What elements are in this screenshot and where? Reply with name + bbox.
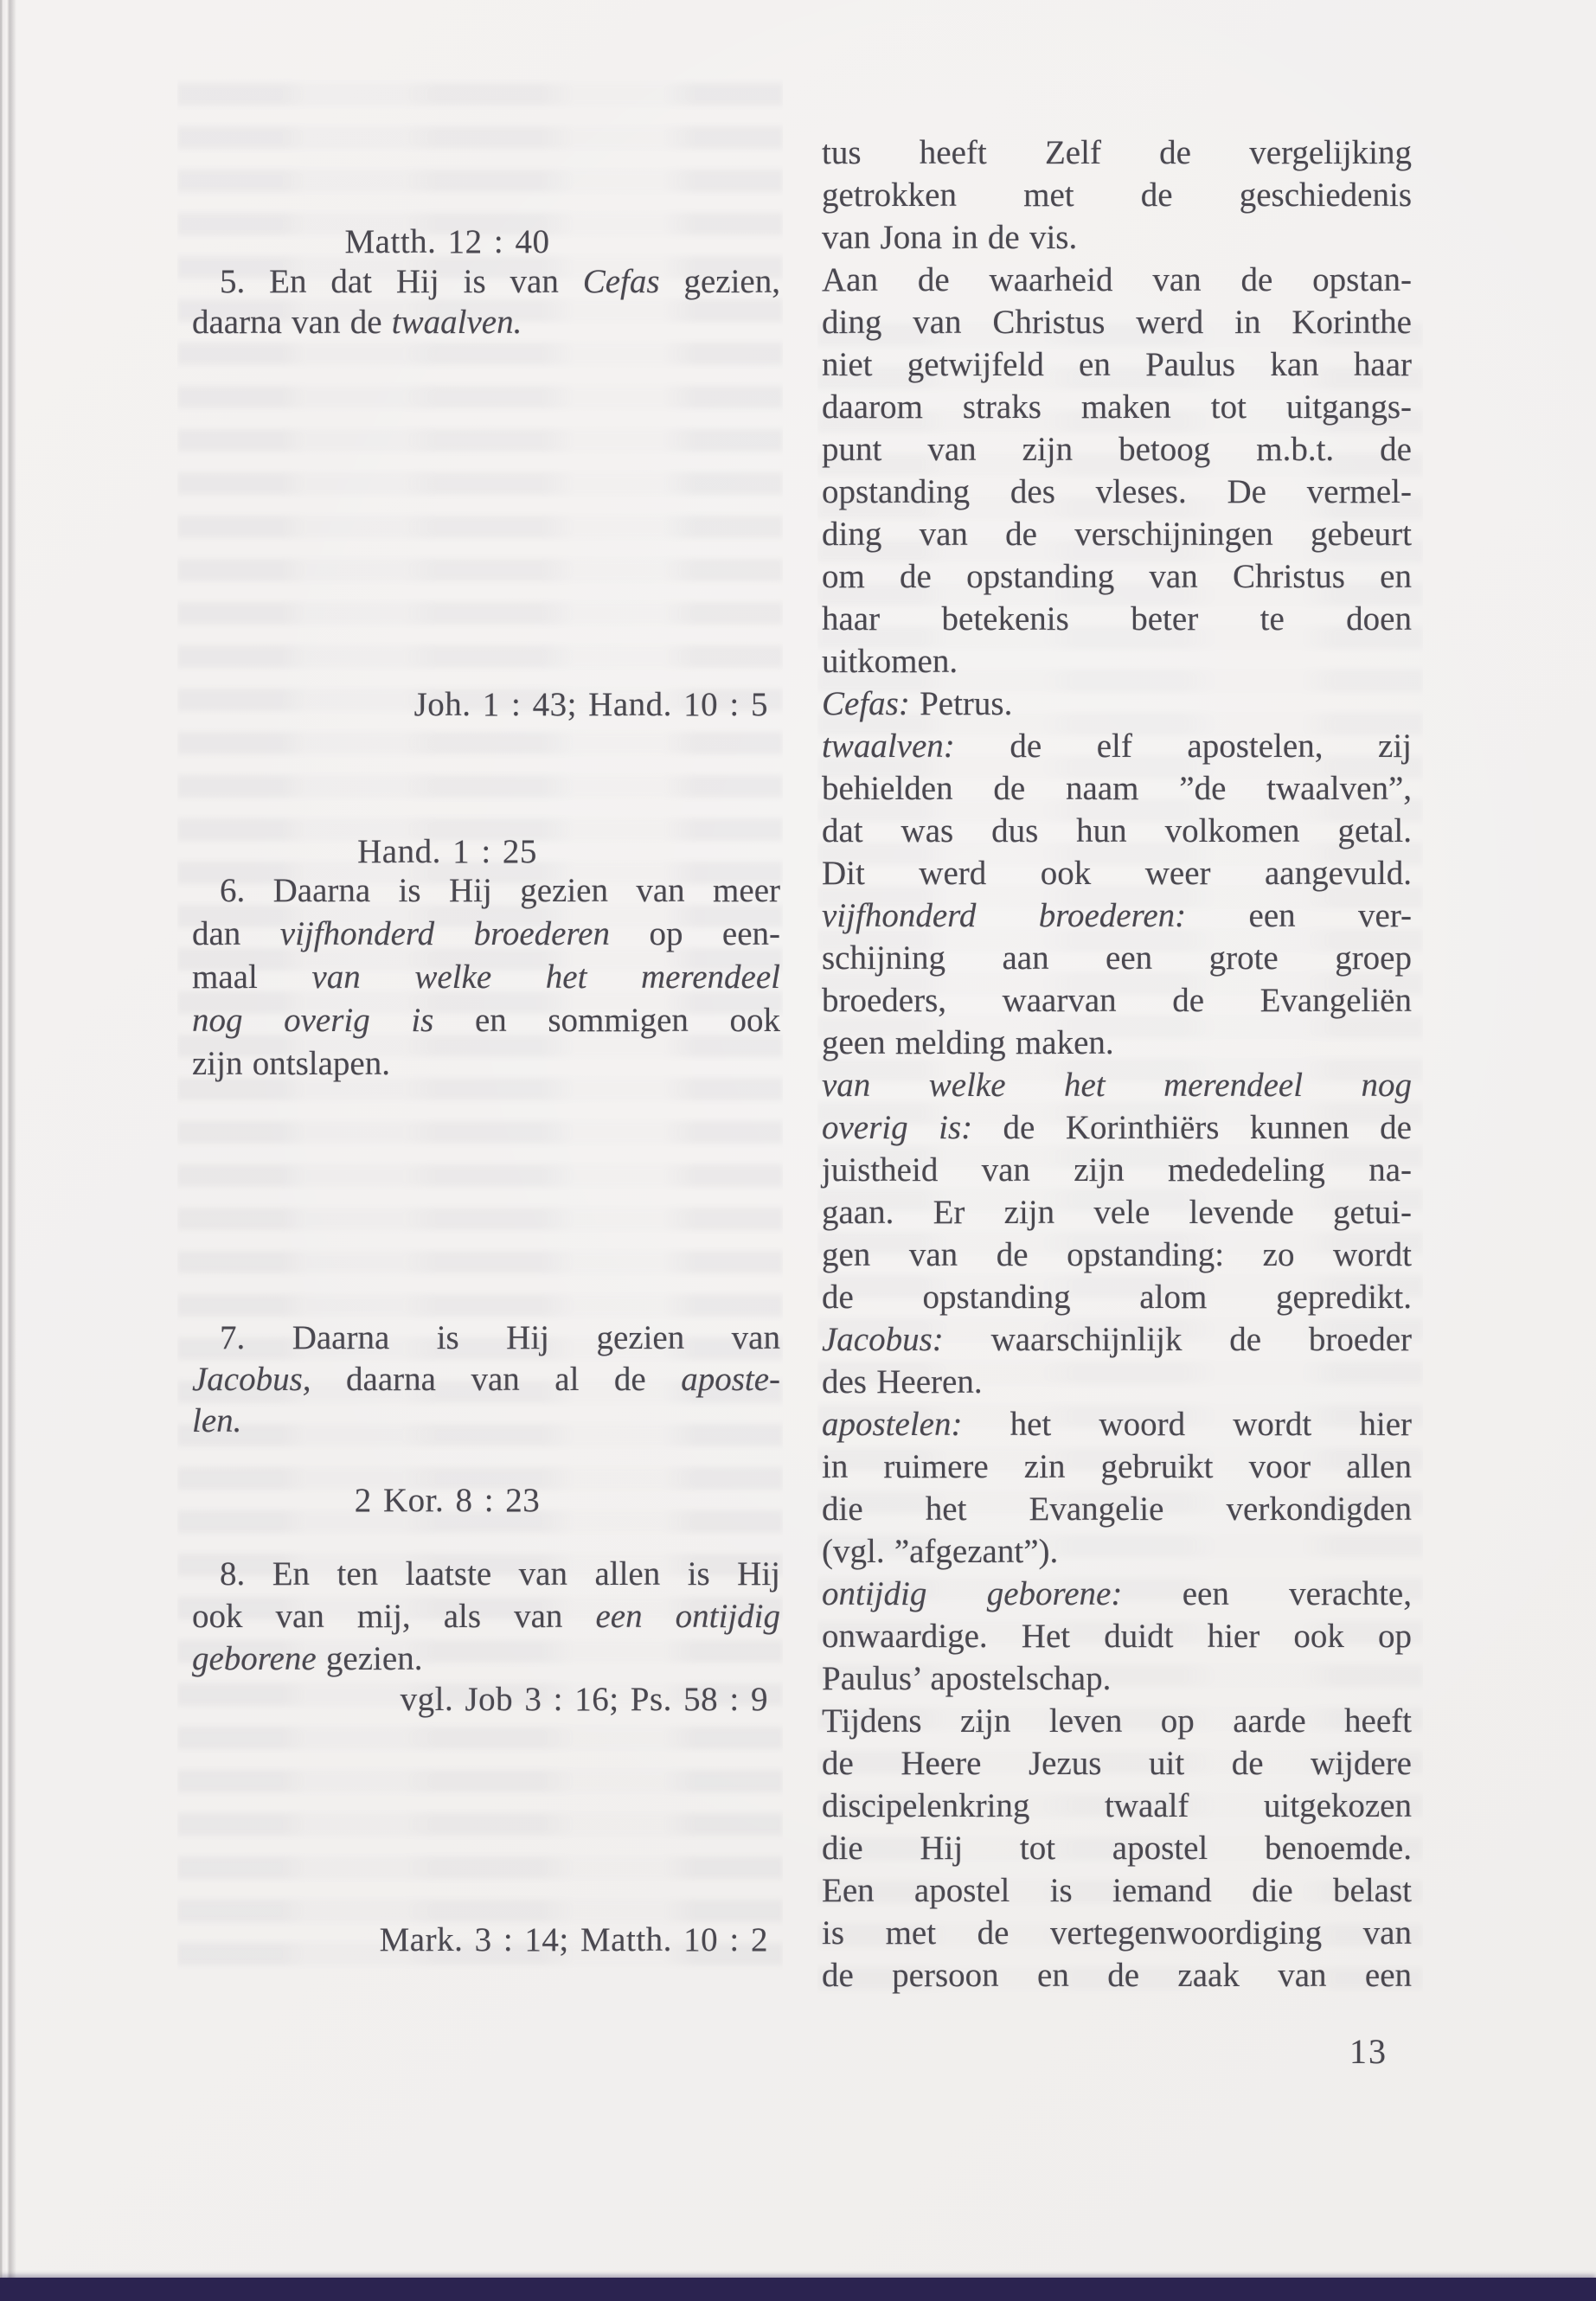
text-segment: een ver-	[1186, 897, 1412, 934]
text-segment: 7. Daarna is Hij gezien van	[220, 1319, 780, 1356]
text-segment: de Heere Jezus uit de wijdere	[822, 1745, 1412, 1782]
text-segment: de opstanding alom gepredikt.	[822, 1279, 1412, 1316]
book-page: Matth. 12 : 405. En dat Hij is van Cefas…	[0, 0, 1596, 2301]
verse-paragraph: 5. En dat Hij is van Cefas gezien,daarna…	[192, 261, 780, 343]
left-column: Matth. 12 : 405. En dat Hij is van Cefas…	[192, 0, 780, 2076]
text-segment: van Jona in de vis.	[822, 219, 1077, 256]
text-segment: daarna van al de	[311, 1361, 682, 1398]
text-line: die het Evangelie verkondigden	[822, 1488, 1412, 1530]
emphasized-text: apostelen:	[822, 1406, 962, 1443]
text-line: 6. Daarna is Hij gezien van meer	[192, 869, 780, 913]
scan-edge-left	[0, 0, 17, 2301]
text-segment: 8. En ten laatste van allen is Hij	[220, 1555, 780, 1593]
text-segment: ding van de verschijningen gebeurt	[822, 516, 1412, 553]
text-line: ontijdig geborene: een verachte,	[822, 1573, 1412, 1615]
text-segment: die het Evangelie verkondigden	[822, 1490, 1412, 1528]
text-segment: niet getwijfeld en Paulus kan haar	[822, 346, 1412, 383]
text-segment: een verachte,	[1122, 1575, 1412, 1612]
text-line: opstanding des vleses. De vermel-	[822, 471, 1412, 513]
text-line: haar betekenis beter te doen	[822, 598, 1412, 640]
text-line: dat was dus hun volkomen getal.	[822, 810, 1412, 852]
text-segment: behielden de naam ”de twaalven”,	[822, 770, 1412, 807]
emphasized-text: een ontijdig	[595, 1598, 780, 1635]
text-line: Dit werd ook weer aangevuld.	[822, 852, 1412, 894]
text-segment: op een-	[610, 915, 780, 952]
text-line: 7. Daarna is Hij gezien van	[192, 1317, 780, 1359]
emphasized-text: aposte-	[681, 1361, 780, 1398]
text-line: daarom straks maken tot uitgangs-	[822, 386, 1412, 428]
text-segment: geen melding maken.	[822, 1024, 1114, 1061]
text-line: maal van welke het merendeel	[192, 956, 780, 999]
text-segment: opstanding des vleses. De vermel-	[822, 473, 1412, 510]
text-line: schijning aan een grote groep	[822, 937, 1412, 979]
emphasized-text: Cefas:	[822, 685, 910, 722]
scripture-reference: Matth. 12 : 40	[192, 221, 780, 264]
text-line: zijn ontslapen.	[192, 1042, 780, 1086]
text-line: nog overig is en sommigen ook	[192, 999, 780, 1042]
text-line: Jacobus: waarschijnlijk de broeder	[822, 1318, 1412, 1361]
text-segment: waarschijnlijk de broeder	[944, 1321, 1412, 1358]
text-segment: daarom straks maken tot uitgangs-	[822, 388, 1412, 426]
text-line: Tijdens zijn leven op aarde heeft	[822, 1700, 1412, 1742]
text-segment: gaan. Er zijn vele levende getui-	[822, 1194, 1412, 1231]
emphasized-text: geborene	[192, 1640, 317, 1677]
text-line: de Heere Jezus uit de wijdere	[822, 1742, 1412, 1785]
text-line: geen melding maken.	[822, 1022, 1412, 1064]
emphasized-text: Jacobus:	[822, 1321, 944, 1358]
page-number: 13	[1349, 2033, 1427, 2071]
text-line: broeders, waarvan de Evangeliën	[822, 979, 1412, 1022]
text-segment: maal	[192, 958, 311, 996]
text-line: in ruimere zin gebruikt voor allen	[822, 1445, 1412, 1488]
scripture-reference: vgl. Job 3 : 16; Ps. 58 : 9	[192, 1678, 780, 1721]
text-segment: tus heeft Zelf de vergelijking	[822, 134, 1412, 171]
text-line: onwaardige. Het duidt hier ook op	[822, 1615, 1412, 1657]
text-line: behielden de naam ”de twaalven”,	[822, 767, 1412, 810]
text-line: daarna van de twaalven.	[192, 302, 780, 343]
text-segment: gen van de opstanding: zo wordt	[822, 1236, 1412, 1273]
text-line: de persoon en de zaak van een	[822, 1954, 1412, 1997]
text-segment: om de opstanding van Christus en	[822, 558, 1412, 595]
verse-paragraph: 6. Daarna is Hij gezien van meerdan vijf…	[192, 869, 780, 1086]
text-segment: het woord wordt hier	[962, 1406, 1412, 1443]
text-segment: Dit werd ook weer aangevuld.	[822, 855, 1412, 892]
verse-paragraph: 8. En ten laatste van allen is Hijook va…	[192, 1553, 780, 1680]
emphasized-text: len.	[192, 1402, 241, 1439]
text-segment: Tijdens zijn leven op aarde heeft	[822, 1702, 1412, 1740]
text-segment: Petrus.	[910, 685, 1013, 722]
text-line: Jacobus, daarna van al de aposte-	[192, 1359, 780, 1400]
text-segment: Aan de waarheid van de opstan-	[822, 261, 1412, 298]
scripture-reference: Hand. 1 : 25	[192, 830, 780, 874]
text-line: van welke het merendeel nog	[822, 1064, 1412, 1106]
emphasized-text: twaalven.	[392, 304, 522, 341]
verse-paragraph: 7. Daarna is Hij gezien vanJacobus, daar…	[192, 1317, 780, 1442]
text-line: Paulus’ apostelschap.	[822, 1657, 1412, 1700]
emphasized-text: vijfhonderd broederen:	[822, 897, 1186, 934]
text-line: getrokken met de geschiedenis	[822, 174, 1412, 216]
text-segment: gezien.	[317, 1640, 423, 1677]
text-segment: is met de vertegenwoordiging van	[822, 1914, 1412, 1952]
text-segment: des Heeren.	[822, 1363, 983, 1400]
emphasized-text: overig is:	[822, 1109, 972, 1146]
text-segment: de Korinthiërs kunnen de	[972, 1109, 1412, 1146]
emphasized-text: nog overig is	[192, 1002, 433, 1039]
text-line: 8. En ten laatste van allen is Hij	[192, 1553, 780, 1595]
text-line: van Jona in de vis.	[822, 216, 1412, 259]
text-segment: zijn ontslapen.	[192, 1045, 390, 1082]
text-line: twaalven: de elf apostelen, zij	[822, 725, 1412, 767]
text-line: Aan de waarheid van de opstan-	[822, 259, 1412, 301]
emphasized-text: van welke het merendeel nog	[822, 1067, 1412, 1104]
text-segment: in ruimere zin gebruikt voor allen	[822, 1448, 1412, 1485]
text-line: ding van de verschijningen gebeurt	[822, 513, 1412, 555]
emphasized-text: vijfhonderd broederen	[280, 915, 610, 952]
text-line: vijfhonderd broederen: een ver-	[822, 894, 1412, 937]
text-segment: (vgl. ”afgezant”).	[822, 1533, 1058, 1570]
scripture-reference: Mark. 3 : 14; Matth. 10 : 2	[192, 1919, 780, 1962]
emphasized-text: ontijdig geborene:	[822, 1575, 1122, 1612]
text-segment: onwaardige. Het duidt hier ook op	[822, 1618, 1412, 1655]
scan-bottom-bar	[0, 2278, 1596, 2301]
text-segment: dan	[192, 915, 280, 952]
text-segment: de elf apostelen, zij	[955, 727, 1412, 765]
text-line: Cefas: Petrus.	[822, 683, 1412, 725]
emphasized-text: van welke het merendeel	[311, 958, 780, 996]
text-line: geborene gezien.	[192, 1638, 780, 1680]
text-line: apostelen: het woord wordt hier	[822, 1403, 1412, 1445]
text-segment: ook van mij, als van	[192, 1598, 595, 1635]
text-line: die Hij tot apostel benoemde.	[822, 1827, 1412, 1869]
text-line: (vgl. ”afgezant”).	[822, 1530, 1412, 1573]
text-line: punt van zijn betoog m.b.t. de	[822, 428, 1412, 471]
text-line: len.	[192, 1400, 780, 1442]
text-segment: juistheid van zijn mededeling na-	[822, 1151, 1412, 1189]
text-line: ding van Christus werd in Korinthe	[822, 301, 1412, 343]
text-segment: Paulus’ apostelschap.	[822, 1660, 1111, 1697]
text-line: dan vijfhonderd broederen op een-	[192, 913, 780, 956]
text-segment: de persoon en de zaak van een	[822, 1957, 1412, 1994]
text-segment: gezien,	[660, 263, 780, 300]
text-segment: uitkomen.	[822, 643, 958, 680]
text-segment: daarna van de	[192, 304, 392, 341]
text-line: Een apostel is iemand die belast	[822, 1869, 1412, 1912]
text-segment: schijning aan een grote groep	[822, 939, 1412, 977]
emphasized-text: Jacobus,	[192, 1361, 311, 1398]
text-segment: discipelenkring twaalf uitgekozen	[822, 1787, 1412, 1824]
text-segment: dat was dus hun volkomen getal.	[822, 812, 1412, 849]
text-line: overig is: de Korinthiërs kunnen de	[822, 1106, 1412, 1149]
text-segment: 5. En dat Hij is van	[220, 263, 583, 300]
text-line: discipelenkring twaalf uitgekozen	[822, 1785, 1412, 1827]
scripture-reference: 2 Kor. 8 : 23	[192, 1479, 780, 1522]
text-line: juistheid van zijn mededeling na-	[822, 1149, 1412, 1191]
text-segment: Een apostel is iemand die belast	[822, 1872, 1412, 1909]
text-segment: ding van Christus werd in Korinthe	[822, 304, 1412, 341]
text-segment: die Hij tot apostel benoemde.	[822, 1830, 1412, 1867]
right-column: tus heeft Zelf de vergelijkinggetrokken …	[822, 131, 1412, 1997]
text-line: tus heeft Zelf de vergelijking	[822, 131, 1412, 174]
text-line: uitkomen.	[822, 640, 1412, 683]
text-segment: haar betekenis beter te doen	[822, 600, 1412, 638]
text-line: ook van mij, als van een ontijdig	[192, 1595, 780, 1638]
text-line: om de opstanding van Christus en	[822, 555, 1412, 598]
text-segment: broeders, waarvan de Evangeliën	[822, 982, 1412, 1019]
text-line: des Heeren.	[822, 1361, 1412, 1403]
text-line: 5. En dat Hij is van Cefas gezien,	[192, 261, 780, 302]
text-segment: getrokken met de geschiedenis	[822, 176, 1412, 214]
emphasized-text: Cefas	[583, 263, 660, 300]
text-line: is met de vertegenwoordiging van	[822, 1912, 1412, 1954]
text-segment: 6. Daarna is Hij gezien van meer	[220, 872, 780, 909]
emphasized-text: twaalven:	[822, 727, 955, 765]
text-segment: en sommigen ook	[433, 1002, 780, 1039]
text-line: niet getwijfeld en Paulus kan haar	[822, 343, 1412, 386]
text-segment: punt van zijn betoog m.b.t. de	[822, 431, 1412, 468]
text-line: de opstanding alom gepredikt.	[822, 1276, 1412, 1318]
scripture-reference: Joh. 1 : 43; Hand. 10 : 5	[192, 683, 780, 727]
text-line: gen van de opstanding: zo wordt	[822, 1234, 1412, 1276]
text-line: gaan. Er zijn vele levende getui-	[822, 1191, 1412, 1234]
